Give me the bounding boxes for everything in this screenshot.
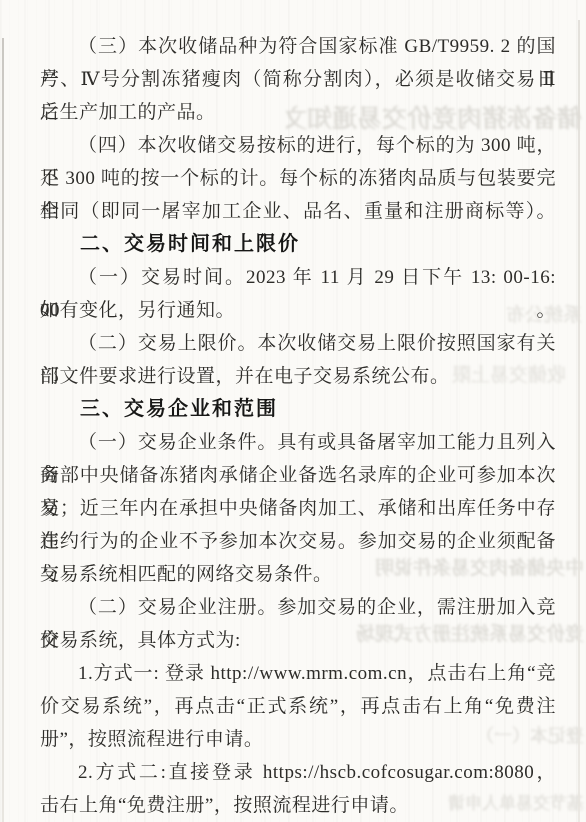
text-line: 门文件要求进行设置，并在电子交易系统公布。 — [40, 360, 556, 393]
text-line: 易；近三年内在承担中央储备肉加工、承储和出库任务中存在 — [40, 492, 556, 525]
text-line: （一）交易企业条件。具有或具备屠宰加工能力且列入商 — [40, 426, 556, 459]
text-line: 交易系统相匹配的网络交易条件。 — [40, 558, 556, 591]
document-body: （三）本次收储品种为符合国家标准 GB/T9959. 2 的国产Ⅱ 号、Ⅳ号分割… — [40, 30, 556, 822]
text-line: 相同（即同一屠宰加工企业、品名、重量和注册商标等）。 — [40, 195, 556, 228]
text-line: （四）本次收储交易按标的进行，每个标的为 300 吨，不 — [40, 129, 556, 162]
text-line: 价交易系统”，再点击“正式系统”，再点击右上角“免费注 — [40, 690, 556, 723]
text-line: 册”，按照流程进行申请。 — [40, 723, 556, 756]
text-line: 交易系统，具体方式为: — [40, 624, 556, 657]
text-line: （一）交易时间。2023 年 11 月 29 日下午 13: 00-16: 00… — [40, 261, 556, 294]
document-page: 储备冻猪肉竞价交易通知文 系统公布 收储交易上限 中央储备肉交易条件说明 竞价交… — [0, 0, 586, 822]
text-line: 号、Ⅳ号分割冻猪瘦肉（简称分割肉），必须是收储交易日之 — [40, 63, 556, 96]
text-line: 足 300 吨的按一个标的计。每个标的冻猪肉品质与包装要完全 — [40, 162, 556, 195]
text-line: （二）交易企业注册。参加交易的企业，需注册加入竞价 — [40, 591, 556, 624]
text-line-url-cofcosugar: 2.方式二:直接登录 https://hscb.cofcosugar.com:8… — [40, 756, 556, 789]
text-line: 务部中央储备冻猪肉承储企业备选名录库的企业可参加本次交 — [40, 459, 556, 492]
scan-left-edge-line — [2, 38, 4, 822]
text-line: （二）交易上限价。本次收储交易上限价按照国家有关部 — [40, 327, 556, 360]
text-line-url-mrm: 1.方式一: 登录 http://www.mrm.com.cn，点击右上角“竞 — [40, 657, 556, 690]
scan-right-edge-line — [578, 20, 580, 822]
text-line: 后生产加工的产品。 — [40, 96, 556, 129]
text-line: （三）本次收储品种为符合国家标准 GB/T9959. 2 的国产Ⅱ — [40, 30, 556, 63]
text-line: 击右上角“免费注册”，按照流程进行申请。 — [40, 789, 556, 822]
section-heading-trading-time: 二、交易时间和上限价 — [40, 228, 556, 261]
text-line: 违约行为的企业不予参加本次交易。参加交易的企业须配备与 — [40, 525, 556, 558]
section-heading-trading-enterprises: 三、交易企业和范围 — [40, 393, 556, 426]
